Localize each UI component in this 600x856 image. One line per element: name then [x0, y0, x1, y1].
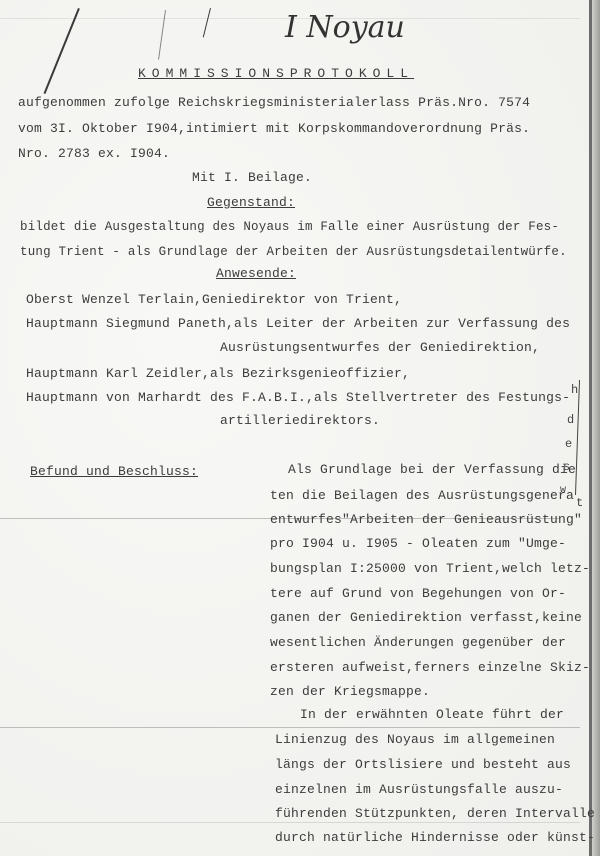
findings-line: bungsplan I:25000 von Trient,welch letz- — [270, 561, 590, 576]
margin-letter: h — [571, 383, 578, 397]
attendee-line: Oberst Wenzel Terlain,Geniedirektor von … — [26, 292, 402, 307]
attendee-line: Hauptmann von Marhardt des F.A.B.I.,als … — [26, 390, 570, 405]
scanned-page: I Noyau KOMMISSIONSPROTOKOLL aufgenommen… — [0, 0, 600, 856]
findings-line: pro I904 u. I905 - Oleaten zum "Umge- — [270, 536, 566, 551]
attendee-line: artilleriedirektors. — [220, 413, 380, 428]
findings-heading: Befund und Beschluss: — [30, 464, 198, 479]
findings-line: ten die Beilagen des Ausrüstungsgenera — [270, 488, 574, 503]
subject-line: bildet die Ausgestaltung des Noyaus im F… — [20, 220, 559, 234]
findings-line: ersteren aufweist,ferners einzelne Skiz- — [270, 660, 590, 675]
pencil-stroke — [203, 8, 211, 37]
scan-artifact-line — [0, 727, 580, 728]
findings-line: entwurfes"Arbeiten der Genieausrüstung" — [270, 512, 582, 527]
subject-heading: Gegenstand: — [207, 195, 295, 210]
margin-letter: d — [567, 413, 574, 427]
findings-line: In der erwähnten Oleate führt der — [300, 707, 564, 722]
margin-letter: t — [576, 496, 583, 510]
scan-artifact-line — [0, 822, 580, 823]
margin-letter: s — [563, 460, 570, 474]
findings-line: führenden Stützpunkten, deren Intervalle — [275, 806, 595, 821]
attendee-line: Hauptmann Siegmund Paneth,als Leiter der… — [26, 316, 570, 331]
intro-line: vom 3I. Oktober I904,intimiert mit Korps… — [18, 121, 530, 136]
page-fold-line — [589, 0, 592, 856]
attendee-line: Ausrüstungsentwurfes der Geniedirektion, — [220, 340, 540, 355]
findings-line: Linienzug des Noyaus im allgemeinen — [275, 732, 555, 747]
findings-line: wesentlichen Änderungen gegenüber der — [270, 635, 566, 650]
attendee-line: Hauptmann Karl Zeidler,als Bezirksgenieo… — [26, 366, 410, 381]
handwritten-annotation: I Noyau — [285, 10, 405, 45]
margin-rule — [575, 380, 580, 495]
findings-line: längs der Ortslisiere und besteht aus — [275, 757, 571, 772]
enclosure-note: Mit I. Beilage. — [192, 170, 312, 185]
margin-letter: e — [565, 437, 572, 451]
intro-line: Nro. 2783 ex. I904. — [18, 146, 170, 161]
findings-line: durch natürliche Hindernisse oder künst- — [275, 830, 595, 845]
pencil-stroke — [44, 8, 80, 94]
intro-line: aufgenommen zufolge Reichskriegsminister… — [18, 95, 530, 110]
findings-line: tere auf Grund von Begehungen von Or- — [270, 586, 566, 601]
page-edge — [592, 0, 600, 856]
attendees-heading: Anwesende: — [216, 266, 296, 281]
document-title: KOMMISSIONSPROTOKOLL — [138, 66, 414, 81]
findings-line: zen der Kriegsmappe. — [270, 684, 430, 699]
findings-line: einzelnen im Ausrüstungsfalle auszu- — [275, 782, 563, 797]
margin-letter: w — [560, 485, 566, 496]
findings-line: ganen der Geniedirektion verfasst,keine — [270, 610, 582, 625]
subject-line: tung Trient - als Grundlage der Arbeiten… — [20, 245, 567, 259]
findings-line: Als Grundlage bei der Verfassung die — [288, 462, 576, 477]
